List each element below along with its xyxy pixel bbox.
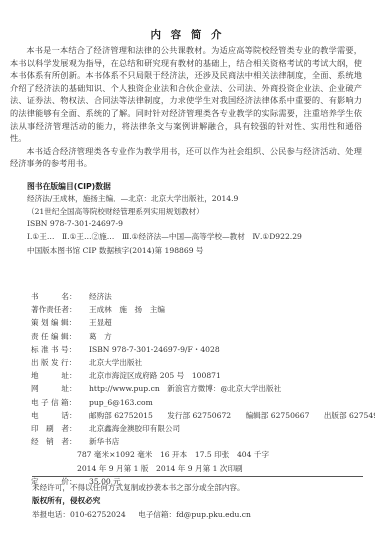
info-value: 葛 方 [89,330,366,343]
website-link[interactable]: http://www.pup.cn 新浪官方微博：@北京大学出版社 [89,382,366,395]
email-link[interactable]: pup_6@163.com [89,396,366,409]
info-label: 策 划 编 辑： [31,316,89,329]
copyright-footer: 未经许可，不得以任何方式复制或抄袭本书之部分或全部内容。 版权所有，侵权必究 举… [32,481,362,521]
cip-line: （21世纪全国高等院校财经管理系列实用规划教材） [27,206,367,218]
copyright-page: 内 容 简 介 本书是一本结合了经济管理和法律的公共课教材。为适应高等院校经管类… [0,0,375,548]
summary-paragraph-2: 本书适合经济管理类各专业作为教学用书，还可以作为社会组织、公民参与经济活动、处理… [10,145,362,170]
report-phone: 举报电话：010-62752024 [32,510,126,519]
divider-line [32,476,363,477]
phone-publishing: 出版部 62754962 [324,411,375,420]
report-email[interactable]: 电子信箱：fd@pup.pku.edu.cn [138,510,251,519]
info-label: 网 址： [31,382,89,395]
info-label: 电 子 信 箱： [31,396,89,409]
info-label: 地 址： [31,369,89,382]
info-label: 著作责任者： [31,303,89,316]
info-row-phone: 电 话： 邮购部 62752015 发行部 62750672 编辑部 62750… [31,409,366,422]
cip-line: 经济法/王成林，施扬主编．—北京：北京大学出版社，2014.9 [27,193,367,205]
info-label: 电 话： [31,409,89,422]
reproduction-notice: 未经许可，不得以任何方式复制或抄袭本书之部分或全部内容。 [32,481,362,494]
summary-paragraph-1: 本书是一本结合了经济管理和法律的公共课教材。为适应高等院校经管类专业的教学需要，… [10,44,362,145]
publication-info: 书 名： 经济法 著作责任者： 王成林 施 扬 主编 策 划 编 辑： 王显超 … [31,290,366,488]
info-value: 北京鑫海金澳胶印有限公司 [89,422,366,435]
info-value: 北京市海淀区成府路 205 号 100871 [89,369,366,382]
copyright-statement: 版权所有，侵权必究 [32,494,362,507]
info-row-planning-editor: 策 划 编 辑： 王显超 [31,316,366,329]
info-label: 出 版 发 行： [31,356,89,369]
cip-line: ISBN 978-7-301-24697-9 [27,218,367,230]
info-value: 新华书店 [89,435,366,448]
info-row-distributor: 经 销 者： 新华书店 [31,435,366,448]
info-label: 责 任 编 辑： [31,330,89,343]
info-row-publisher: 出 版 发 行： 北京大学出版社 [31,356,366,369]
info-label: 标 准 书 号： [31,343,89,356]
cip-heading: 图书在版编目(CIP)数据 [27,181,367,193]
format-spec: 787 毫米×1092 毫米 16 开本 17.5 印张 404 千字 [77,448,366,461]
phone-mail-order: 邮购部 62752015 [89,411,153,420]
section-title: 内 容 简 介 [0,27,375,42]
info-row-format: 787 毫米×1092 毫米 16 开本 17.5 印张 404 千字 [31,448,366,461]
info-row-website: 网 址： http://www.pup.cn 新浪官方微博：@北京大学出版社 [31,382,366,395]
info-value: 王显超 [89,316,366,329]
info-row-edition: 2014 年 9 月第 1 版 2014 年 9 月第 1 次印刷 [31,462,366,475]
report-contact: 举报电话：010-62752024 电子信箱：fd@pup.pku.edu.cn [32,508,362,521]
info-value: ISBN 978-7-301-24697-9/F・4028 [89,343,366,356]
cip-data-block: 图书在版编目(CIP)数据 经济法/王成林，施扬主编．—北京：北京大学出版社，2… [27,181,367,257]
phone-distribution: 发行部 62750672 [167,411,231,420]
info-label: 印 刷 者： [31,422,89,435]
info-value: 北京大学出版社 [89,356,366,369]
info-row-authors: 著作责任者： 王成林 施 扬 主编 [31,303,366,316]
info-row-address: 地 址： 北京市海淀区成府路 205 号 100871 [31,369,366,382]
phone-list: 邮购部 62752015 发行部 62750672 编辑部 62750667 出… [89,409,375,422]
info-row-book-name: 书 名： 经济法 [31,290,366,303]
info-row-isbn: 标 准 书 号： ISBN 978-7-301-24697-9/F・4028 [31,343,366,356]
info-label: 经 销 者： [31,435,89,448]
info-value: 王成林 施 扬 主编 [89,303,366,316]
info-row-email: 电 子 信 箱： pup_6@163.com [31,396,366,409]
info-value: 经济法 [89,290,366,303]
cip-line: Ⅰ.①王… Ⅱ.①王…②施… Ⅲ.①经济法—中国—高等学校—教材 Ⅳ.①D922… [27,231,367,243]
info-row-responsible-editor: 责 任 编 辑： 葛 方 [31,330,366,343]
content-summary: 本书是一本结合了经济管理和法律的公共课教材。为适应高等院校经管类专业的教学需要，… [10,44,362,170]
phone-editorial: 编辑部 62750667 [246,411,310,420]
info-label: 书 名： [31,290,89,303]
edition-info: 2014 年 9 月第 1 版 2014 年 9 月第 1 次印刷 [77,462,366,475]
cip-record-number: 中国版本图书馆 CIP 数据核字(2014)第 198869 号 [27,245,367,257]
info-row-printer: 印 刷 者： 北京鑫海金澳胶印有限公司 [31,422,366,435]
